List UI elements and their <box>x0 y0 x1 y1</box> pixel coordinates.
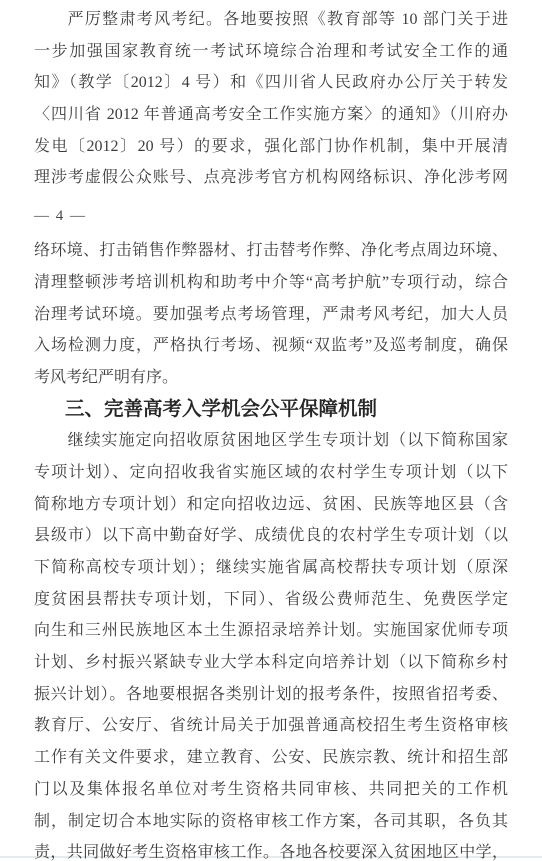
text-line: 一步加强国家教育统一考试环境综合治理和考试安全工作的通 <box>34 36 508 68</box>
text-line: 严厉整肃考风考纪。各地要按照《教育部等 10 部门关于进 <box>34 4 508 36</box>
text-line: 发电〔2012〕20 号）的要求，强化部门协作机制，集中开展清 <box>34 131 508 163</box>
text-line: 知》（教学〔2012〕4 号）和《四川省人民政府办公厅关于转发 <box>34 67 508 99</box>
text-line: 考风考纪严明有序。 <box>34 362 508 394</box>
text-line: 下简称高校专项计划）；继续实施省属高校帮扶专项计划（原深 <box>34 552 508 584</box>
text-line: 度贫困县帮扶专项计划，下同）、省级公费师范生、免费医学定 <box>34 584 508 616</box>
text-line: 络环境、打击销售作弊器材、打击替考作弊、净化考点周边环境、 <box>34 235 508 267</box>
text-line: 〈四川省 2012 年普通高考安全工作实施方案〉的通知》（川府办 <box>34 99 508 131</box>
text-line: 治理考试环境。要加强考点考场管理，严肃考风考纪，加大人员 <box>34 299 508 331</box>
paragraph-exam-discipline: 严厉整肃考风考纪。各地要按照《教育部等 10 部门关于进一步加强国家教育统一考试… <box>34 4 508 194</box>
paragraph-exam-environment: 络环境、打击销售作弊器材、打击替考作弊、净化考点周边环境、清理整顿涉考培训机构和… <box>34 235 508 393</box>
text-line: 继续实施定向招收原贫困地区学生专项计划（以下简称国家 <box>34 425 508 457</box>
text-line: 振兴计划）。各地要根据各类别计划的报考条件，按照省招考委、 <box>34 679 508 711</box>
text-line: 理涉考虚假公众账号、点亮涉考官方机构网络标识、净化涉考网 <box>34 162 508 194</box>
text-line: 专项计划）、定向招收我省实施区域的农村学生专项计划（以下 <box>34 457 508 489</box>
text-line: 计划、乡村振兴紧缺专业大学本科定向培养计划（以下简称乡村 <box>34 647 508 679</box>
text-line: 责，共同做好考生资格审核工作。各地各校要深入贫困地区中学， <box>34 837 508 861</box>
text-line: 简称地方专项计划）和定向招收边远、贫困、民族等地区县（含 <box>34 489 508 521</box>
text-line: 教育厅、公安厅、省统计局关于加强普通高校招生考生资格审核 <box>34 710 508 742</box>
text-line: 清理整顿涉考培训机构和助考中介等“高考护航”专项行动，综合 <box>34 267 508 299</box>
text-line: 向生和三州民族地区本土生源招录培养计划。实施国家优师专项 <box>34 615 508 647</box>
text-line: 县级市）以下高中勤奋好学、成绩优良的农村学生专项计划（以 <box>34 520 508 552</box>
page-number: — 4 — <box>34 206 508 226</box>
section-heading: 三、完善高考入学机会公平保障机制 <box>34 394 508 426</box>
text-line: 门以及集体报名单位对考生资格共同审核、共同把关的工作机 <box>34 774 508 806</box>
text-line: 工作有关文件要求，建立教育、公安、民族宗教、统计和招生部 <box>34 742 508 774</box>
document-page: 严厉整肃考风考纪。各地要按照《教育部等 10 部门关于进一步加强国家教育统一考试… <box>0 0 542 861</box>
paragraph-enrollment-plans: 继续实施定向招收原贫困地区学生专项计划（以下简称国家专项计划）、定向招收我省实施… <box>34 425 508 861</box>
text-line: 制，制定切合本地实际的资格审核工作方案，各司其职，各负其 <box>34 806 508 838</box>
text-line: 入场检测力度，严格执行考场、视频“双监考”及巡考制度，确保 <box>34 330 508 362</box>
